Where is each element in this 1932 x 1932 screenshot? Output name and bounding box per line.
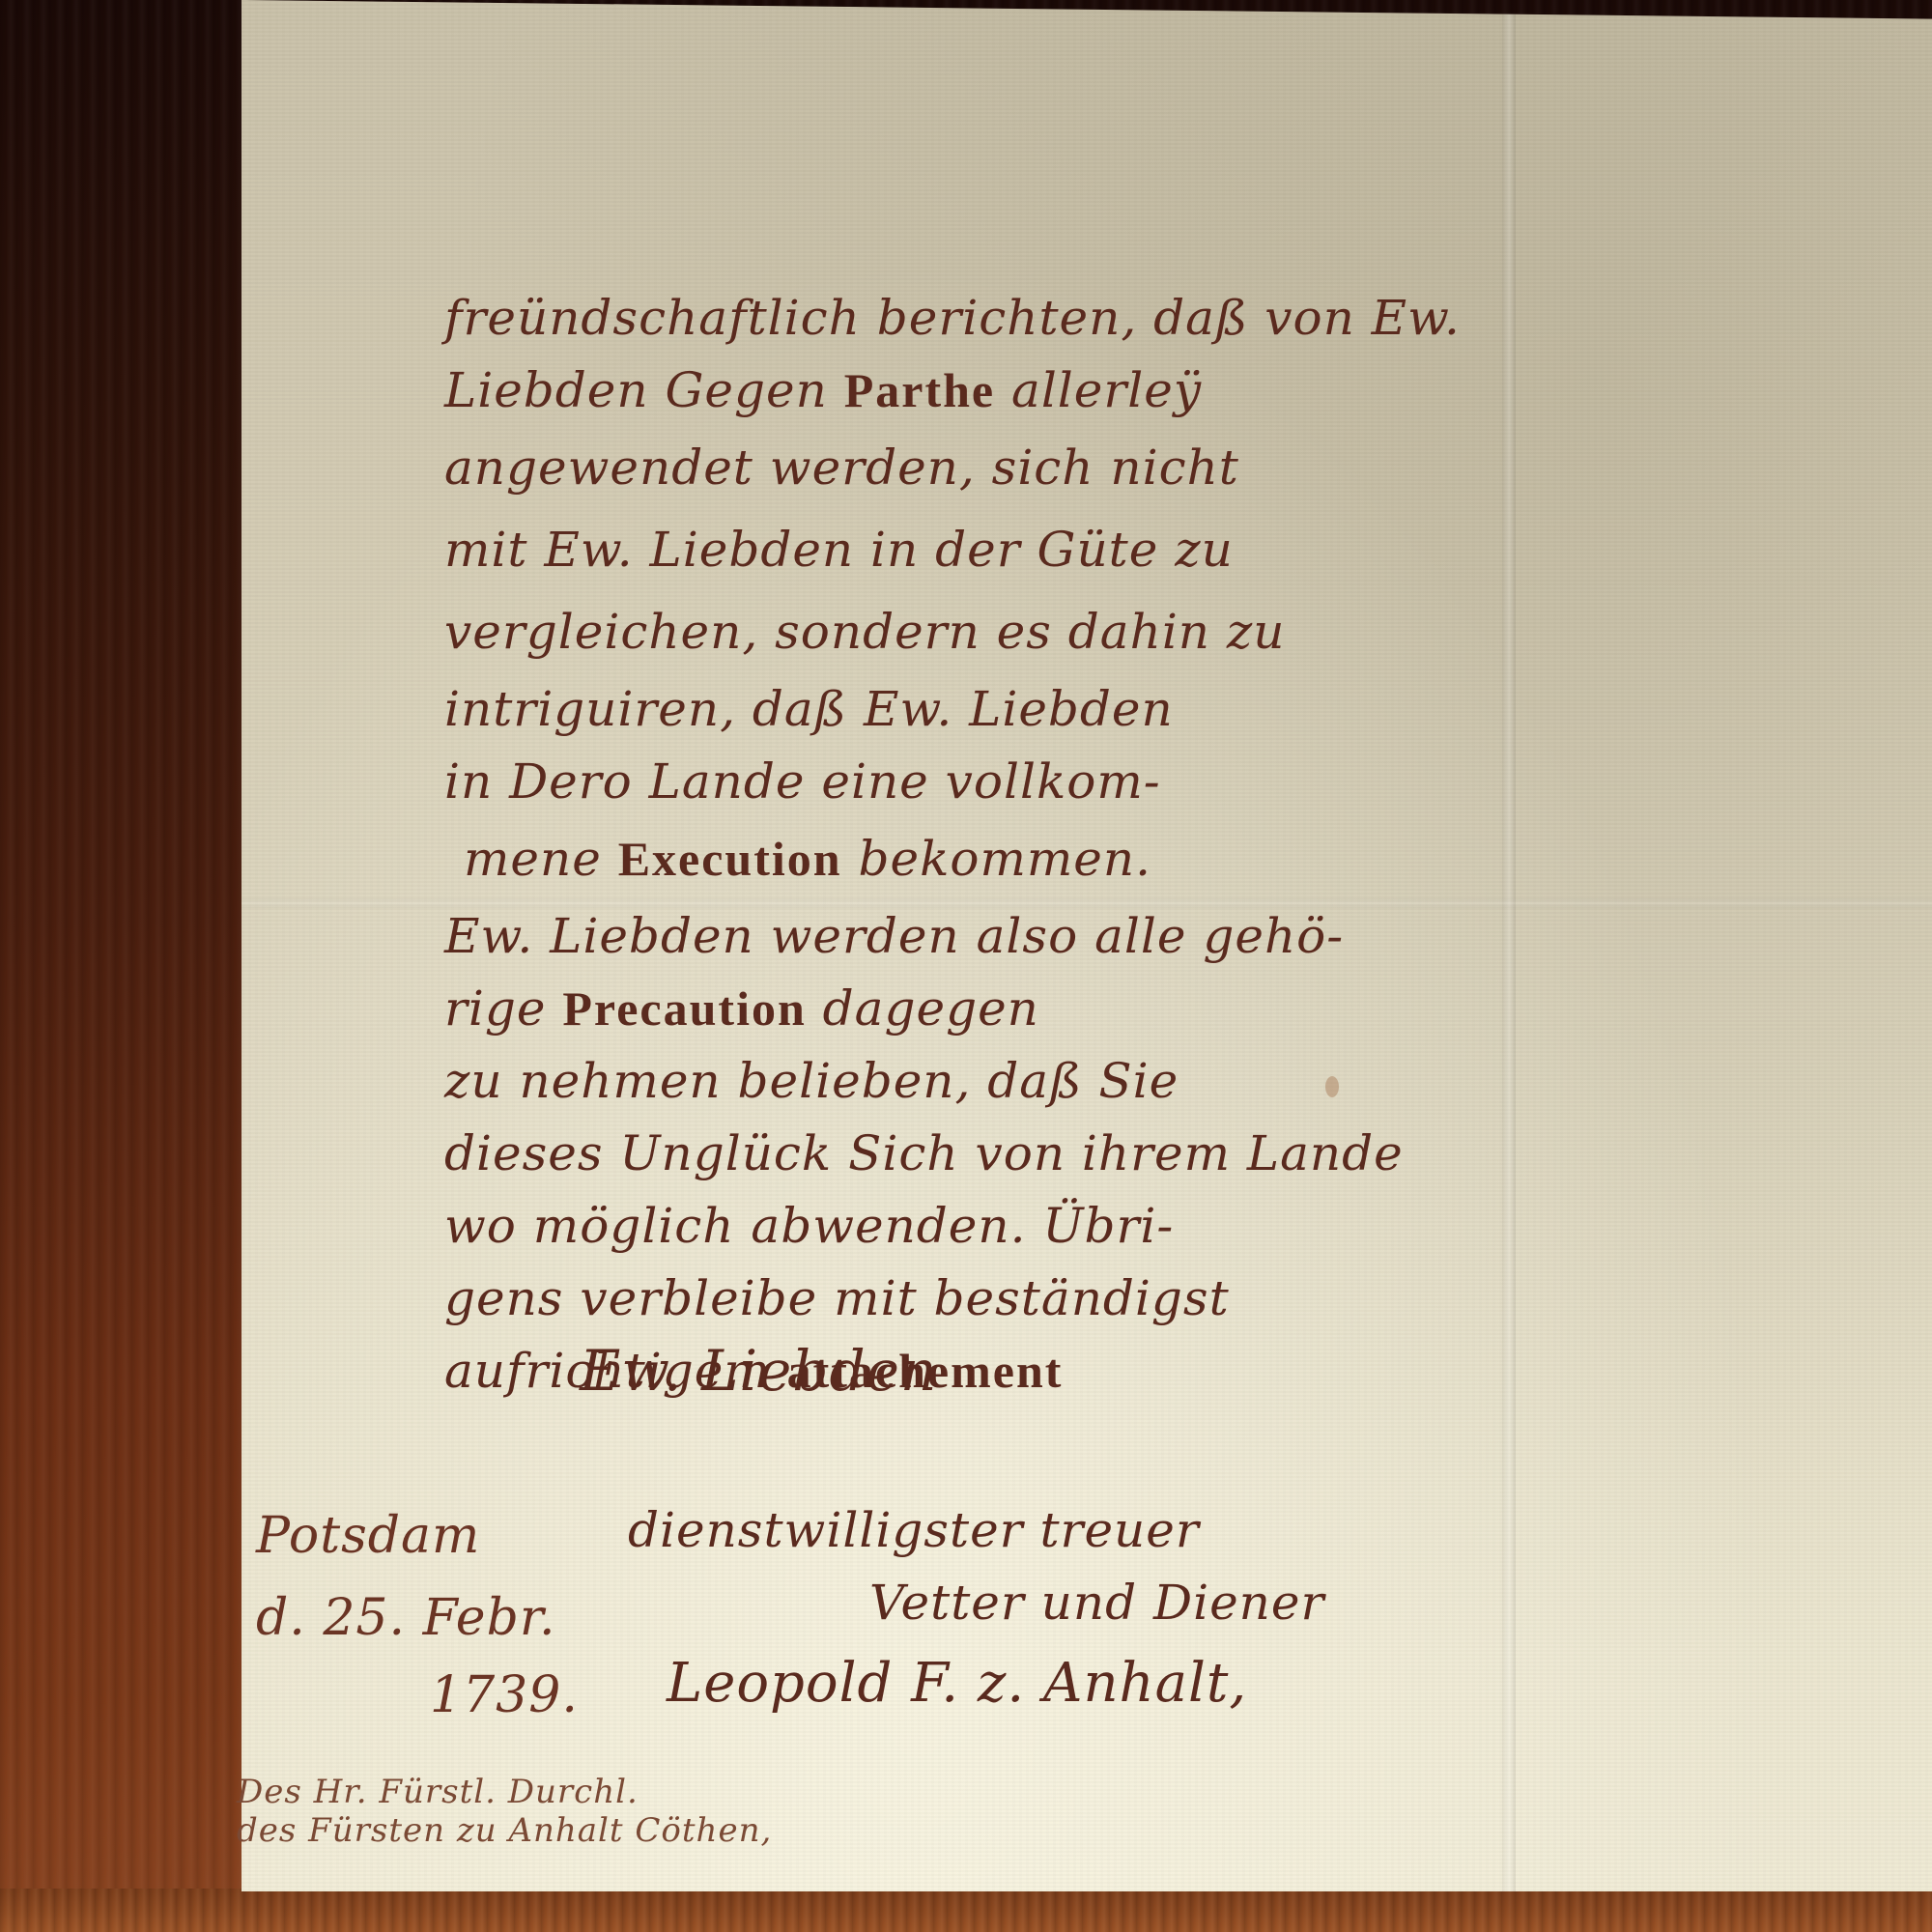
body-line-11: zu nehmen belieben, daß Sie [444,1053,1179,1109]
year: 1739. [430,1666,579,1724]
body-line-13: wo möglich abwenden. Übri- [444,1198,1174,1254]
body-line-14: gens verbleibe mit beständigst [444,1270,1230,1326]
body-line-7: in Dero Lande eine vollkom- [444,753,1161,810]
fold-crease-vertical [1502,0,1516,1891]
latin-word: Execution [618,832,842,886]
body-line-9: Ew. Liebden werden also alle gehö- [444,908,1344,964]
body-line-8: mene Execution bekommen. [464,831,1151,887]
body-line-2-text: Liebden Gegen Parthe allerleÿ [444,362,1202,418]
body-line-12: dieses Unglück Sich von ihrem Lande [444,1125,1404,1181]
body-line-1: freündschaftlich berichten, daß von Ew. [444,290,1461,346]
body-line-3: angewendet werden, sich nicht [444,440,1239,496]
latin-word: Parthe [844,363,995,417]
fold-crease-horizontal [241,898,1932,908]
body-line-10: rige Precaution dagegen [444,980,1039,1037]
closing-line-1: dienstwilligster treuer [628,1502,1200,1558]
latin-word: Precaution [562,981,806,1036]
closing-line-2: Vetter und Diener [869,1575,1324,1631]
salutation: Ew. Liebden [580,1338,937,1404]
wooden-table-front [0,1889,1932,1932]
ink-stain [1325,1076,1339,1097]
signature: Leopold F. z. Anhalt, [667,1652,1247,1715]
place: Potsdam [256,1507,480,1565]
body-line-6: intriguiren, daß Ew. Liebden [444,681,1174,737]
body-line-4: mit Ew. Liebden in der Güte zu [444,522,1234,578]
body-line-5: vergleichen, sondern es dahin zu [444,604,1285,660]
date-line: d. 25. Febr. [256,1589,556,1647]
body-line-2: Liebden Gegen Parthe allerleÿ [444,362,1202,418]
address-line-1: Des Hr. Fürstl. Durchl. [237,1773,639,1811]
address-line-2: des Fürsten zu Anhalt Cöthen, [237,1811,772,1850]
